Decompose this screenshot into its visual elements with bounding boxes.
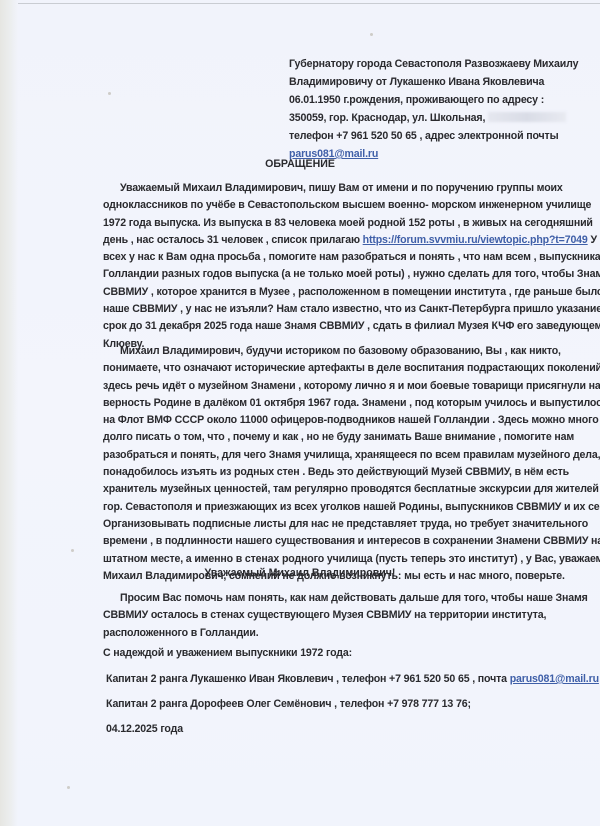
signatory-email-link[interactable]: parus081@mail.ru <box>510 673 599 685</box>
text-line: понадобилось изъять из родных стен . Вед… <box>103 464 573 481</box>
text-line: день , нас осталось 31 человек , список … <box>103 232 573 249</box>
address-text: 350059, гор. Краснодар, ул. Школьная, <box>289 112 485 124</box>
text-line: хранитель музейных ценностей, там регуля… <box>103 481 573 498</box>
text-line: на Флот ВМФ СССР около 11000 офицеров-по… <box>103 412 573 429</box>
text-line: наше СВВМИУ , у нас не изъяли? Нам стало… <box>103 301 573 318</box>
text-line: долго писать о том, что , почему и как ,… <box>103 429 573 446</box>
paragraph-2: Михаил Владимирович, будучи историком по… <box>103 343 573 585</box>
scanned-letter-page: Губернатору города Севастополя Развозжае… <box>0 0 600 826</box>
closing-line: С надеждой и уважением выпускники 1972 г… <box>103 645 352 662</box>
text-line: СВВМИУ , которое хранится в Музее , расп… <box>103 284 573 301</box>
scan-speck <box>71 549 74 552</box>
header-line: Владимировичу от Лукашенко Ивана Яковлев… <box>289 73 599 91</box>
greeting: Уважаемый Михаил Владимирович! <box>0 567 600 579</box>
text-line: Уважаемый Михаил Владимирович, пишу Вам … <box>103 180 573 197</box>
header-line: 06.01.1950 г.рождения, проживающего по а… <box>289 91 599 109</box>
header-line: телефон +7 961 520 50 65 , адрес электро… <box>289 127 599 145</box>
text-segment: день , нас осталось 31 человек , список … <box>103 234 363 246</box>
text-segment: У <box>588 234 597 246</box>
text-line: Михаил Владимирович, будучи историком по… <box>103 343 573 360</box>
text-line: Просим Вас помочь нам понять, как нам де… <box>103 590 573 607</box>
text-line: гор. Севастополя и приезжающих из всех у… <box>103 499 573 516</box>
scan-speck <box>108 92 111 95</box>
text-line: верность Родине в далёком 01 октября 196… <box>103 395 573 412</box>
text-line: Организовывать подписные листы для нас н… <box>103 516 573 533</box>
header-line: Губернатору города Севастополя Развозжае… <box>289 55 599 73</box>
text-line: Голландии разных годов выпуска (а не тол… <box>103 266 573 283</box>
text-line: 1972 года выпуска. Из выпуска в 83 челов… <box>103 215 573 232</box>
signatory-2: Капитан 2 ранга Дорофеев Олег Семёнович … <box>106 696 471 713</box>
text-line: СВВМИУ осталось в стенах существующего М… <box>103 607 573 624</box>
signatory-1: Капитан 2 ранга Лукашенко Иван Яковлевич… <box>106 671 600 688</box>
header-line: 350059, гор. Краснодар, ул. Школьная, <box>289 109 599 127</box>
scan-speck <box>67 786 70 789</box>
redacted-address <box>488 112 566 122</box>
text-line: одноклассников по учёбе в Севастопольско… <box>103 197 573 214</box>
text-line: разобраться и понять, для чего Знамя учи… <box>103 447 573 464</box>
text-line: понимаете, что означают исторические арт… <box>103 360 573 377</box>
text-line: здесь речь идёт о музейном Знамени , кот… <box>103 378 573 395</box>
text-line: штатном месте, а именно в стенах родного… <box>103 551 573 568</box>
addressee-block: Губернатору города Севастополя Развозжае… <box>289 55 599 163</box>
text-line: расположенного в Голландии. <box>103 625 573 642</box>
text-line: времени , в подлинности нашего существов… <box>103 533 573 550</box>
text-line: всех у нас к Вам одна просьба , помогите… <box>103 249 573 266</box>
document-title: ОБРАЩЕНИЕ <box>0 158 600 170</box>
forum-link[interactable]: https://forum.svvmiu.ru/viewtopic.php?t=… <box>363 234 588 246</box>
paragraph-1: Уважаемый Михаил Владимирович, пишу Вам … <box>103 180 573 353</box>
letter-date: 04.12.2025 года <box>106 721 183 738</box>
signatory-text: Капитан 2 ранга Лукашенко Иван Яковлевич… <box>106 673 510 685</box>
scan-speck <box>370 33 373 36</box>
paragraph-3: Просим Вас помочь нам понять, как нам де… <box>103 590 573 642</box>
text-line: срок до 31 декабря 2025 года наше Знамя … <box>103 318 573 335</box>
